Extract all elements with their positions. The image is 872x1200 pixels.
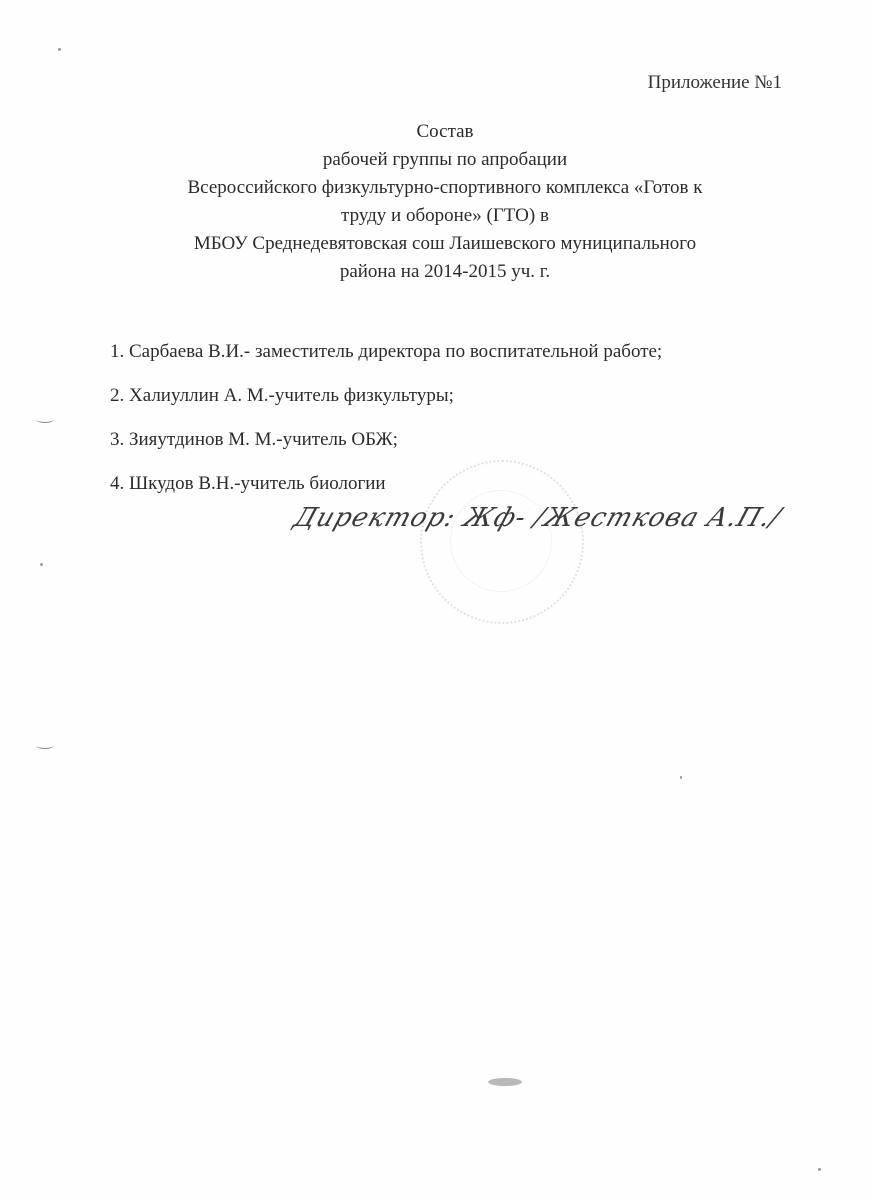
scan-artifact: [488, 1078, 522, 1086]
signature-text: Директор: Жф- /Жесткова А.П./: [290, 503, 785, 533]
scan-artifact: [680, 776, 682, 779]
list-item: 3. Зияутдинов М. М.-учитель ОБЖ;: [110, 418, 830, 462]
scan-artifact: [58, 48, 61, 51]
title-line: Состав: [120, 118, 770, 146]
title-line: МБОУ Среднедевятовская сош Лаишевского м…: [120, 230, 770, 258]
list-item: 2. Халиуллин А. М.-учитель физкультуры;: [110, 374, 830, 418]
scanned-page: Приложение №1 Состав рабочей группы по а…: [0, 0, 872, 1200]
scan-artifact: [40, 563, 43, 566]
scan-artifact: [818, 1168, 821, 1171]
list-item: 1. Сарбаева В.И.- заместитель директора …: [110, 330, 830, 374]
scan-artifact: [36, 742, 54, 749]
appendix-label: Приложение №1: [648, 72, 782, 94]
title-line: труду и обороне» (ГТО) в: [120, 202, 770, 230]
document-title: Состав рабочей группы по апробации Всеро…: [120, 118, 770, 286]
scan-artifact: [36, 416, 54, 423]
title-line: района на 2014-2015 уч. г.: [120, 258, 770, 286]
director-signature: Директор: Жф- /Жесткова А.П./: [295, 495, 855, 555]
title-line: рабочей группы по апробации: [120, 146, 770, 174]
title-line: Всероссийского физкультурно-спортивного …: [120, 174, 770, 202]
